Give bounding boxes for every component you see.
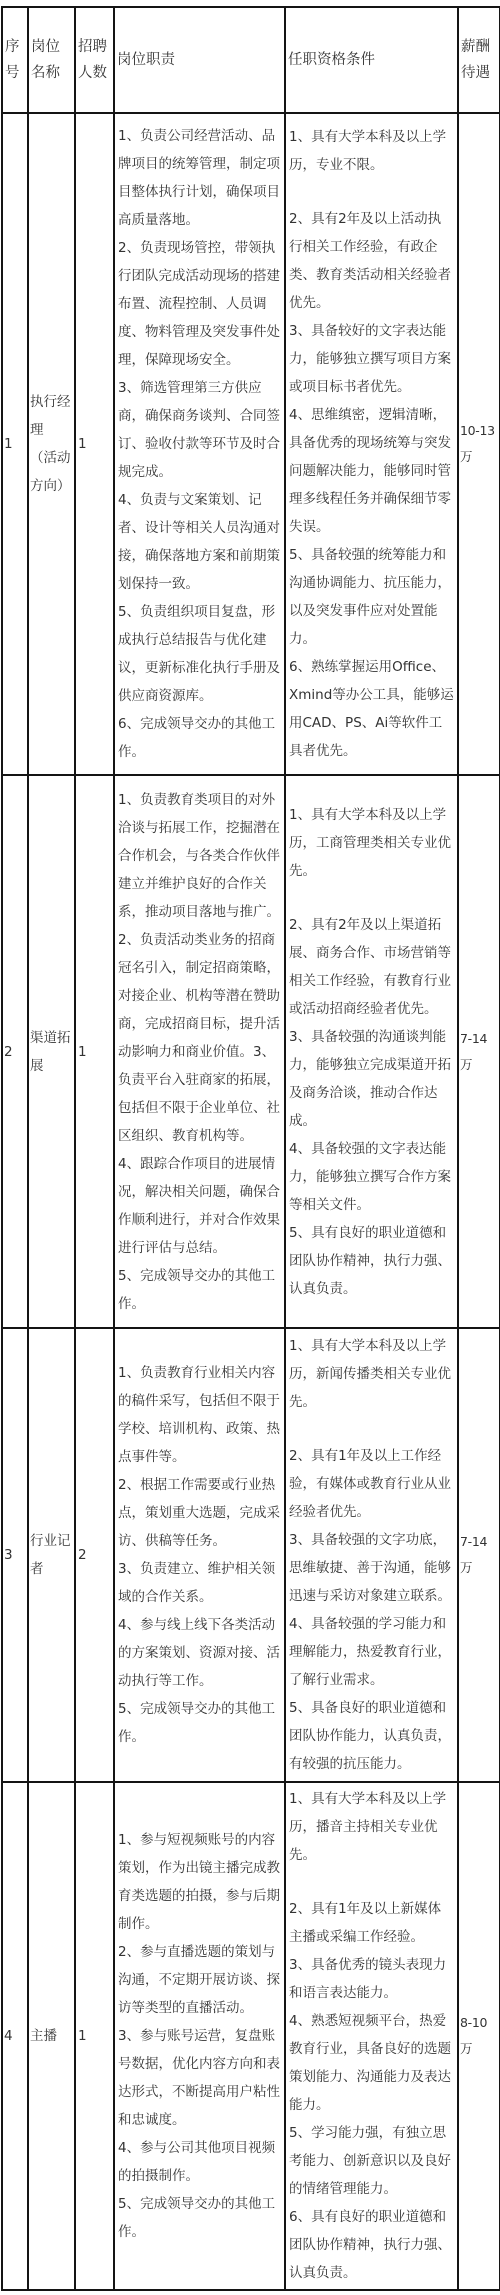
qualification-item: 5、具备良好的职业道德和团队协作能力，认真负责，有较强的抗压能力。 [289,1694,454,1778]
qualification-item: 4、具备较强的学习能力和理解能力，热爱教育行业，了解行业需求。 [289,1610,454,1694]
qualification-item: 1、具有大学本科及以上学历，新闻传播类相关专业优先。 [289,1332,454,1416]
qualification-item: 2、具有2年及以上渠道拓展、商务合作、市场营销等相关工作经验，有教育行业或活动招… [289,911,454,1023]
headcount-cell: 2 [75,1328,114,1782]
headcount-cell: 1 [75,1782,114,2290]
salary-cell: 10-13万 [458,113,500,775]
salary-cell: 8-10万 [458,1782,500,2290]
row-number-cell: 1 [2,113,28,775]
qualifications-cell: 1、具有大学本科及以上学历，工商管理类相关专业优先。2、具有2年及以上渠道拓展、… [285,775,458,1328]
header-salary: 薪酬待遇 [458,7,500,113]
duty-item: 1、负责公司经营活动、品牌项目的统筹管理，制定项目整体执行计划，确保项目高质量落… [118,122,281,234]
row-number-cell: 3 [2,1328,28,1782]
qualification-item: 4、熟悉短视频平台，热爱教育行业，具备良好的选题策划能力、沟通能力及表达能力。 [289,2007,454,2119]
duty-item: 4、参与公司其他项目视频的拍摄制作。 [118,2134,281,2190]
header-quals: 任职资格条件 [285,7,458,113]
qualifications-cell: 1、具有大学本科及以上学历，专业不限。2、具有2年及以上活动执行相关工作经验，有… [285,113,458,775]
qualification-item: 1、具有大学本科及以上学历，播音主持相关专业优先。 [289,1785,454,1869]
duty-item: 4、参与线上线下各类活动的方案策划、资源对接、活动执行等工作。 [118,1611,281,1695]
duty-item: 4、跟踪合作项目的进展情况，解决相关问题，确保合作顺利进行，并对合作效果进行评估… [118,1150,281,1262]
header-row: 序号 岗位名称 招聘人数 岗位职责 任职资格条件 薪酬待遇 [2,7,500,113]
position-name-cell: 执行经理 （活动方向） [28,113,75,775]
duty-item: 3、负责建立、维护相关领域的合作关系。 [118,1555,281,1611]
qualification-item: 3、具备优秀的镜头表现力和语言表达能力。 [289,1951,454,2007]
row-number-cell: 2 [2,775,28,1328]
qualification-item: 2、具有1年及以上新媒体主播或采编工作经验。 [289,1895,454,1951]
qualification-item: 3、具备较强的沟通谈判能力，能够独立完成渠道开拓及商务洽谈，推动合作达成。 [289,1023,454,1135]
salary-cell: 7-14万 [458,775,500,1328]
duty-item: 2、负责现场管控，带领执行团队完成活动现场的搭建布置、流程控制、人员调度、物料管… [118,234,281,374]
row-number-cell: 4 [2,1782,28,2290]
qualification-item: 3、具备较好的文字表达能力，能够独立撰写项目方案或项目标书者优先。 [289,317,454,401]
qualification-item: 1、具有大学本科及以上学历，专业不限。 [289,123,454,179]
qualification-item: 6、熟练掌握运用Office、Xmind等办公工具，能够运用CAD、PS、Ai等… [289,653,454,765]
duty-item: 3、筛选管理第三方供应商，确保商务谈判、合同签订、验收付款等环节及时合规完成。 [118,374,281,486]
duty-item: 2、根据工作需要或行业热点，策划重大选题，完成采访、供稿等任务。 [118,1471,281,1555]
table-row: 1执行经理 （活动方向）11、负责公司经营活动、品牌项目的统筹管理，制定项目整体… [2,113,500,775]
position-name-cell: 主播 [28,1782,75,2290]
duty-item: 1、负责教育类项目的对外洽谈与拓展工作，挖掘潜在合作机会，与各类合作伙伴建立并维… [118,786,281,926]
header-no: 序号 [2,7,28,113]
job-duties-cell: 1、负责公司经营活动、品牌项目的统筹管理，制定项目整体执行计划，确保项目高质量落… [114,113,285,775]
header-count: 招聘人数 [75,7,114,113]
duty-item: 4、负责与文案策划、记者、设计等相关人员沟通对接，确保落地方案和前期策划保持一致… [118,486,281,598]
table-row: 3行业记者21、负责教育行业相关内容的稿件采写，包括但不限于学校、培训机构、政策… [2,1328,500,1782]
duty-item: 5、完成领导交办的其他工作。 [118,1695,281,1751]
qualification-item: 1、具有大学本科及以上学历，工商管理类相关专业优先。 [289,801,454,885]
duty-item: 2、参与直播选题的策划与沟通，不定期开展访谈、探访等类型的直播活动。 [118,1938,281,2022]
job-duties-cell: 1、参与短视频账号的内容策划，作为出镜主播完成教育类选题的拍摄，参与后期制作。2… [114,1782,285,2290]
duty-item: 5、负责组织项目复盘，形成执行总结报告与优化建议，更新标准化执行手册及供应商资源… [118,598,281,710]
qualification-item: 6、具有良好的职业道德和团队协作精神，执行力强、认真负责。 [289,2203,454,2287]
duty-item: 2、负责活动类业务的招商冠名引入，制定招商策略，对接企业、机构等潜在赞助商，完成… [118,926,281,1150]
duty-item: 1、负责教育行业相关内容的稿件采写，包括但不限于学校、培训机构、政策、热点事件等… [118,1359,281,1471]
duty-item: 5、完成领导交办的其他工作。 [118,1262,281,1318]
duty-item: 6、完成领导交办的其他工作。 [118,710,281,766]
table-row: 2渠道拓展11、负责教育类项目的对外洽谈与拓展工作，挖掘潜在合作机会，与各类合作… [2,775,500,1328]
qualifications-cell: 1、具有大学本科及以上学历，播音主持相关专业优先。2、具有1年及以上新媒体主播或… [285,1782,458,2290]
header-duties: 岗位职责 [114,7,285,113]
qualification-item: 5、学习能力强，有独立思考能力、创新意识以及良好的情绪管理能力。 [289,2119,454,2203]
salary-cell: 7-14万 [458,1328,500,1782]
position-name-cell: 行业记者 [28,1328,75,1782]
duty-item: 5、完成领导交办的其他工作。 [118,2190,281,2246]
position-name-cell: 渠道拓展 [28,775,75,1328]
qualification-item: 2、具有1年及以上工作经验，有媒体或教育行业从业经验者优先。 [289,1442,454,1526]
header-title: 岗位名称 [28,7,75,113]
qualification-item: 4、具备较强的文字表达能力，能够独立撰写合作方案等相关文件。 [289,1135,454,1219]
qualification-item: 3、具备较强的文字功底，思维敏捷、善于沟通，能够迅速与采访对象建立联系。 [289,1526,454,1610]
qualification-item: 5、具有良好的职业道德和团队协作精神，执行力强、认真负责。 [289,1219,454,1303]
recruitment-table: 序号 岗位名称 招聘人数 岗位职责 任职资格条件 薪酬待遇 1执行经理 （活动方… [1,6,500,2291]
qualification-item: 4、思维缜密，逻辑清晰，具备优秀的现场统筹与突发问题解决能力，能够同时管理多线程… [289,401,454,541]
qualification-item: 2、具有2年及以上活动执行相关工作经验，有政企类、教育类活动相关经验者优先。 [289,205,454,317]
headcount-cell: 1 [75,775,114,1328]
headcount-cell: 1 [75,113,114,775]
qualification-item: 5、具备较强的统筹能力和沟通协调能力、抗压能力，以及突发事件应对处置能力。 [289,541,454,653]
duty-item: 3、参与账号运营，复盘账号数据，优化内容方向和表达形式，不断提高用户粘性和忠诚度… [118,2022,281,2134]
job-duties-cell: 1、负责教育行业相关内容的稿件采写，包括但不限于学校、培训机构、政策、热点事件等… [114,1328,285,1782]
job-duties-cell: 1、负责教育类项目的对外洽谈与拓展工作，挖掘潜在合作机会，与各类合作伙伴建立并维… [114,775,285,1328]
table-row: 4主播11、参与短视频账号的内容策划，作为出镜主播完成教育类选题的拍摄，参与后期… [2,1782,500,2290]
duty-item: 1、参与短视频账号的内容策划，作为出镜主播完成教育类选题的拍摄，参与后期制作。 [118,1826,281,1938]
qualifications-cell: 1、具有大学本科及以上学历，新闻传播类相关专业优先。2、具有1年及以上工作经验，… [285,1328,458,1782]
